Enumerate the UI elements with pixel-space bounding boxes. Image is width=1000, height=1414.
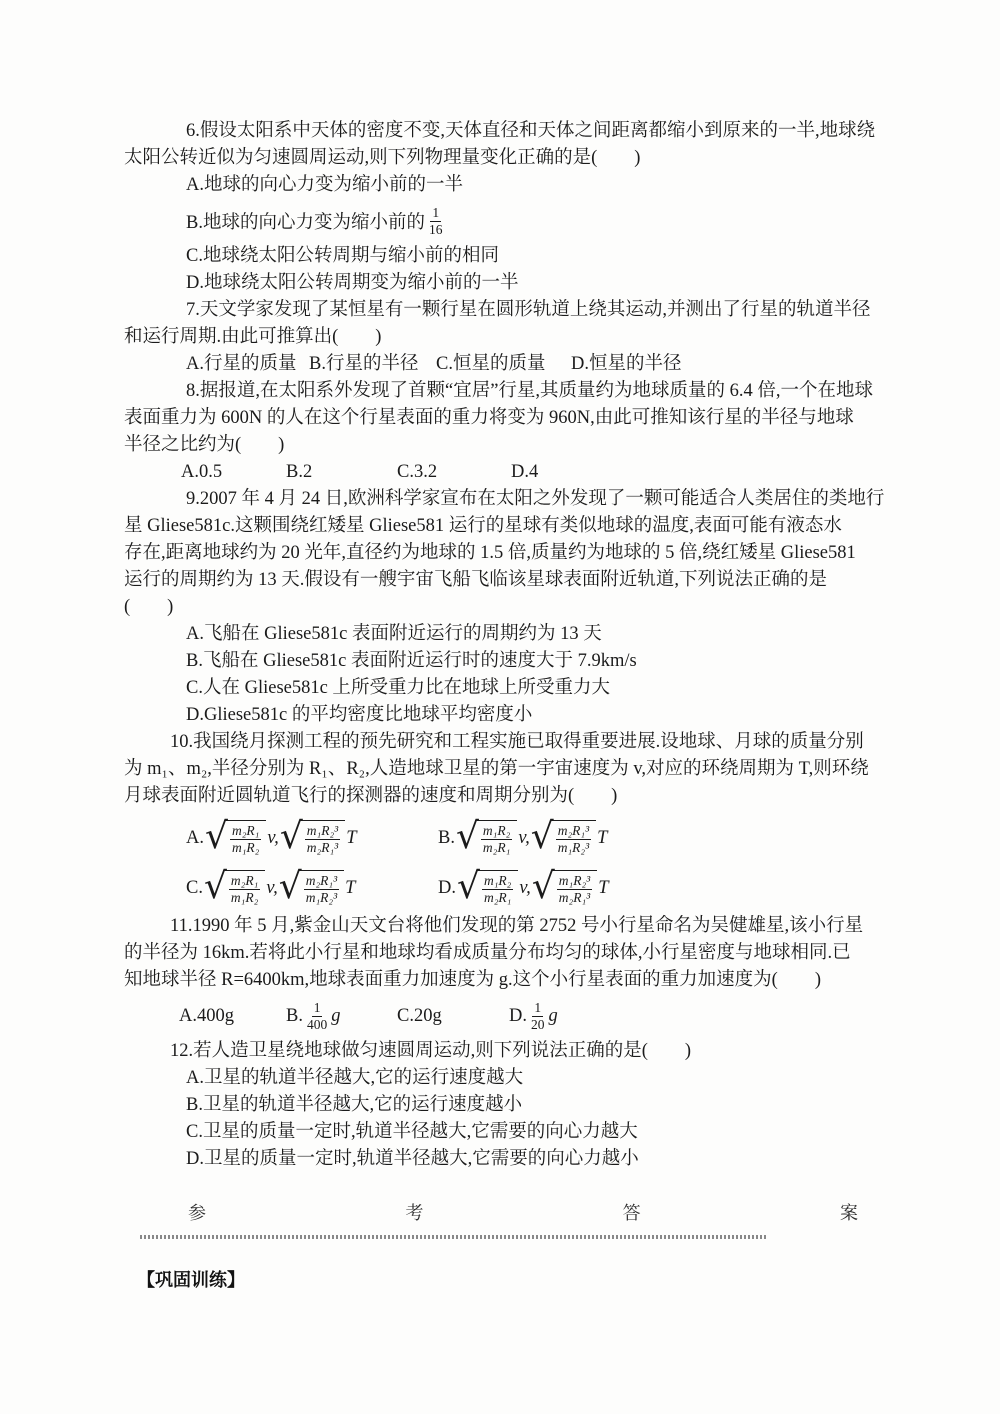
q6-option-b-text: B.地球的向心力变为缩小前的 bbox=[186, 208, 425, 234]
radical-sign-icon: √ bbox=[280, 819, 303, 855]
q9-line-3: 存在,距离地球约为 20 光年,直径约为地球的 1.5 倍,质量约为地球的 5 … bbox=[124, 540, 880, 567]
q8-option-c: C.3.2 bbox=[397, 459, 437, 486]
q10-option-d: D. √m₁R₂m₂R₁ v, √m₁R₂³m₂R₁³ T bbox=[438, 863, 609, 913]
radicand: m₁R₂³m₂R₁³ bbox=[551, 870, 597, 905]
square-root: √m₁R₂³m₂R₁³ bbox=[280, 820, 345, 856]
radical-sign-icon: √ bbox=[456, 819, 479, 855]
section-label-consolidation-training: 【巩固训练】 bbox=[137, 1266, 880, 1292]
q9-option-b: B.飞船在 Gliese581c 表面附近运行时的速度大于 7.9km/s bbox=[124, 648, 880, 675]
fraction-numerator: m₁R₂³ bbox=[557, 873, 592, 890]
q12-option-b: B.卫星的轨道半径越大,它的运行速度越小 bbox=[124, 1092, 880, 1119]
question-12: 12.若人造卫星绕地球做匀速圆周运动,则下列说法正确的是( ) A.卫星的轨道半… bbox=[124, 1038, 880, 1173]
q10-line-3: 月球表面附近圆轨道飞行的探测器的速度和周期分别为( ) bbox=[124, 783, 880, 810]
radicand: m₁R₂³m₂R₁³ bbox=[299, 820, 345, 855]
square-root: √m₁R₂m₂R₁ bbox=[456, 820, 517, 856]
formula-variable: v, bbox=[519, 878, 530, 899]
q11-option-d-variable: g bbox=[549, 1006, 558, 1027]
q6-option-c: C.地球绕太阳公转周期与缩小前的相同 bbox=[124, 243, 880, 270]
question-10: 10.我国绕月探测工程的预先研究和工程实施已取得重要进展.设地球、月球的质量分别… bbox=[124, 729, 880, 913]
fraction-denominator: m₁R₂ bbox=[229, 890, 260, 906]
q11-option-b-variable: g bbox=[331, 1006, 340, 1027]
fraction-denominator: m₁R₂³ bbox=[556, 840, 591, 856]
q11-option-b-label: B. bbox=[286, 1006, 303, 1027]
question-11: 11.1990 年 5 月,紫金山天文台将他们发现的第 2752 号小行星命名为… bbox=[124, 913, 880, 1038]
radicand: m₁R₂m₂R₁ bbox=[475, 820, 517, 855]
radical-sign-icon: √ bbox=[457, 869, 480, 905]
q12-option-c: C.卫星的质量一定时,轨道半径越大,它需要的向心力越大 bbox=[124, 1119, 880, 1146]
radicand: m₂R₁m₁R₂ bbox=[224, 820, 266, 855]
q8-line-3: 半径之比约为( ) bbox=[124, 432, 880, 459]
q7-option-d: D.恒星的半径 bbox=[571, 351, 682, 378]
q7-option-a: A.行星的质量 bbox=[186, 351, 297, 378]
fraction-denominator: m₂R₁ bbox=[481, 840, 512, 856]
q10-option-c-label: C. bbox=[186, 878, 203, 899]
q7-line-2: 和运行周期.由此可推算出( ) bbox=[124, 324, 880, 351]
q11-option-c: C.20g bbox=[397, 994, 442, 1038]
radicand: m₁R₂m₂R₁ bbox=[476, 870, 518, 905]
answer-header-char: 考 bbox=[405, 1199, 423, 1225]
fraction-denominator: 400 bbox=[305, 1017, 329, 1033]
formula-variable: v, bbox=[266, 878, 277, 899]
q8-option-a: A.0.5 bbox=[181, 459, 222, 486]
q10-line-2: 为 m₁、m₂,半径分别为 R₁、R₂,人造地球卫星的第一宇宙速度为 v,对应的… bbox=[124, 756, 880, 783]
q9-option-d: D.Gliese581c 的平均密度比地球平均密度小 bbox=[124, 702, 880, 729]
q12-option-a: A.卫星的轨道半径越大,它的运行速度越大 bbox=[124, 1065, 880, 1092]
document-page: 6.假设太阳系中天体的密度不变,天体直径和天体之间距离都缩小到原来的一半,地球绕… bbox=[124, 118, 880, 1292]
formula-variable: T bbox=[346, 828, 356, 849]
square-root: √m₂R₁³m₁R₂³ bbox=[279, 870, 344, 906]
radical-sign-icon: √ bbox=[531, 819, 554, 855]
square-root: √m₂R₁m₁R₂ bbox=[205, 820, 266, 856]
formula-variable: v, bbox=[267, 828, 278, 849]
square-root: √m₁R₂m₂R₁ bbox=[457, 870, 518, 906]
dotted-divider bbox=[139, 1235, 766, 1239]
q10-option-a-label: A. bbox=[186, 828, 204, 849]
formula-variable: T bbox=[598, 878, 608, 899]
formula-variable: T bbox=[597, 828, 607, 849]
fraction-numerator: 1 bbox=[312, 1000, 323, 1017]
q6-option-b-fraction: 1 16 bbox=[427, 205, 445, 237]
q11-line-2: 的半径为 16km.若将此小行星和地球均看成质量分布均匀的球体,小行星密度与地球… bbox=[124, 940, 880, 967]
q9-line-5: ( ) bbox=[124, 594, 880, 621]
radical-sign-icon: √ bbox=[204, 869, 227, 905]
q10-option-d-label: D. bbox=[438, 878, 456, 899]
square-root: √m₂R₁m₁R₂ bbox=[204, 870, 265, 906]
question-8: 8.据报道,在太阳系外发现了首颗“宜居”行星,其质量约为地球质量的 6.4 倍,… bbox=[124, 378, 880, 486]
q10-option-b-label: B. bbox=[438, 828, 455, 849]
q11-option-b: B. 1 400 g bbox=[286, 994, 340, 1038]
q10-option-c: C. √m₂R₁m₁R₂ v, √m₂R₁³m₁R₂³ T bbox=[186, 863, 355, 913]
fraction-denominator: m₁R₂ bbox=[230, 840, 261, 856]
q7-options-row: A.行星的质量 B.行星的半径 C.恒星的质量 D.恒星的半径 bbox=[124, 351, 880, 378]
fraction-numerator: m₁R₂ bbox=[481, 823, 512, 840]
q6-line-2: 太阳公转近似为匀速圆周运动,则下列物理量变化正确的是( ) bbox=[124, 145, 880, 172]
q10-line-1: 10.我国绕月探测工程的预先研究和工程实施已取得重要进展.设地球、月球的质量分别 bbox=[124, 729, 880, 756]
q12-line-1: 12.若人造卫星绕地球做匀速圆周运动,则下列说法正确的是( ) bbox=[124, 1038, 880, 1065]
question-7: 7.天文学家发现了某恒星有一颗行星在圆形轨道上绕其运动,并测出了行星的轨道半径 … bbox=[124, 297, 880, 378]
fraction-denominator: m₂R₁ bbox=[482, 890, 513, 906]
fraction-numerator: m₂R₁³ bbox=[556, 823, 591, 840]
q11-option-d-label: D. bbox=[509, 1006, 527, 1027]
fraction-numerator: 1 bbox=[430, 205, 441, 222]
fraction-denominator: m₁R₂³ bbox=[304, 890, 339, 906]
q8-line-1: 8.据报道,在太阳系外发现了首颗“宜居”行星,其质量约为地球质量的 6.4 倍,… bbox=[124, 378, 880, 405]
answer-header-char: 参 bbox=[188, 1199, 206, 1225]
radicand: m₂R₁³m₁R₂³ bbox=[298, 870, 344, 905]
fraction-numerator: m₁R₂ bbox=[482, 873, 513, 890]
fraction-numerator: m₂R₁³ bbox=[304, 873, 339, 890]
fraction-denominator: m₂R₁³ bbox=[305, 840, 340, 856]
q11-line-3: 知地球半径 R=6400km,地球表面重力加速度为 g.这个小行星表面的重力加速… bbox=[124, 967, 880, 994]
fraction-denominator: m₂R₁³ bbox=[557, 890, 592, 906]
question-9: 9.2007 年 4 月 24 日,欧洲科学家宣布在太阳之外发现了一颗可能适合人… bbox=[124, 486, 880, 729]
q11-option-b-fraction: 1 400 bbox=[305, 1000, 329, 1032]
square-root: √m₁R₂³m₂R₁³ bbox=[532, 870, 597, 906]
radicand: m₂R₁³m₁R₂³ bbox=[550, 820, 596, 855]
fraction-denominator: 16 bbox=[427, 222, 445, 238]
square-root: √m₂R₁³m₁R₂³ bbox=[531, 820, 596, 856]
q6-option-b: B.地球的向心力变为缩小前的 1 16 bbox=[124, 199, 880, 243]
q10-formula-row-2: C. √m₂R₁m₁R₂ v, √m₂R₁³m₁R₂³ T D. √m₁R₂m₂… bbox=[124, 863, 880, 913]
formula-variable: v, bbox=[518, 828, 529, 849]
q10-option-a: A. √m₂R₁m₁R₂ v, √m₁R₂³m₂R₁³ T bbox=[186, 813, 357, 863]
q8-line-2: 表面重力为 600N 的人在这个行星表面的重力将变为 960N,由此可推知该行星… bbox=[124, 405, 880, 432]
fraction-denominator: 20 bbox=[529, 1017, 547, 1033]
fraction-numerator: m₁R₂³ bbox=[305, 823, 340, 840]
radical-sign-icon: √ bbox=[279, 869, 302, 905]
q9-option-a: A.飞船在 Gliese581c 表面附近运行的周期约为 13 天 bbox=[124, 621, 880, 648]
q8-option-b: B.2 bbox=[286, 459, 312, 486]
q10-option-b: B. √m₁R₂m₂R₁ v, √m₂R₁³m₁R₂³ T bbox=[438, 813, 607, 863]
radical-sign-icon: √ bbox=[532, 869, 555, 905]
q7-option-c: C.恒星的质量 bbox=[436, 351, 545, 378]
q11-option-d: D. 1 20 g bbox=[509, 994, 558, 1038]
fraction-numerator: 1 bbox=[532, 1000, 543, 1017]
q6-line-1: 6.假设太阳系中天体的密度不变,天体直径和天体之间距离都缩小到原来的一半,地球绕 bbox=[124, 118, 880, 145]
radical-sign-icon: √ bbox=[205, 819, 228, 855]
q8-option-d: D.4 bbox=[511, 459, 538, 486]
q11-line-1: 11.1990 年 5 月,紫金山天文台将他们发现的第 2752 号小行星命名为… bbox=[124, 913, 880, 940]
q8-options-row: A.0.5 B.2 C.3.2 D.4 bbox=[124, 459, 880, 486]
q11-option-d-fraction: 1 20 bbox=[529, 1000, 547, 1032]
q10-formula-row-1: A. √m₂R₁m₁R₂ v, √m₁R₂³m₂R₁³ T B. √m₁R₂m₂… bbox=[124, 813, 880, 863]
radicand: m₂R₁m₁R₂ bbox=[223, 870, 265, 905]
q6-option-a: A.地球的向心力变为缩小前的一半 bbox=[124, 172, 880, 199]
q9-line-1: 9.2007 年 4 月 24 日,欧洲科学家宣布在太阳之外发现了一颗可能适合人… bbox=[124, 486, 880, 513]
answer-section-header: 参 考 答 案 bbox=[188, 1199, 858, 1225]
question-6: 6.假设太阳系中天体的密度不变,天体直径和天体之间距离都缩小到原来的一半,地球绕… bbox=[124, 118, 880, 297]
fraction-numerator: m₂R₁ bbox=[229, 873, 260, 890]
q9-option-c: C.人在 Gliese581c 上所受重力比在地球上所受重力大 bbox=[124, 675, 880, 702]
answer-header-char: 案 bbox=[840, 1199, 858, 1225]
q11-option-a: A.400g bbox=[179, 994, 234, 1038]
q11-options-row: A.400g B. 1 400 g C.20g D. 1 20 g bbox=[124, 994, 880, 1038]
q9-line-2: 星 Gliese581c.这颗围绕红矮星 Gliese581 运行的星球有类似地… bbox=[124, 513, 880, 540]
q7-line-1: 7.天文学家发现了某恒星有一颗行星在圆形轨道上绕其运动,并测出了行星的轨道半径 bbox=[124, 297, 880, 324]
q9-line-4: 运行的周期约为 13 天.假设有一艘宇宙飞船飞临该星球表面附近轨道,下列说法正确… bbox=[124, 567, 880, 594]
fraction-numerator: m₂R₁ bbox=[230, 823, 261, 840]
formula-variable: T bbox=[345, 878, 355, 899]
answer-header-char: 答 bbox=[623, 1199, 641, 1225]
q12-option-d: D.卫星的质量一定时,轨道半径越大,它需要的向心力越小 bbox=[124, 1146, 880, 1173]
q7-option-b: B.行星的半径 bbox=[309, 351, 418, 378]
q6-option-d: D.地球绕太阳公转周期变为缩小前的一半 bbox=[124, 270, 880, 297]
